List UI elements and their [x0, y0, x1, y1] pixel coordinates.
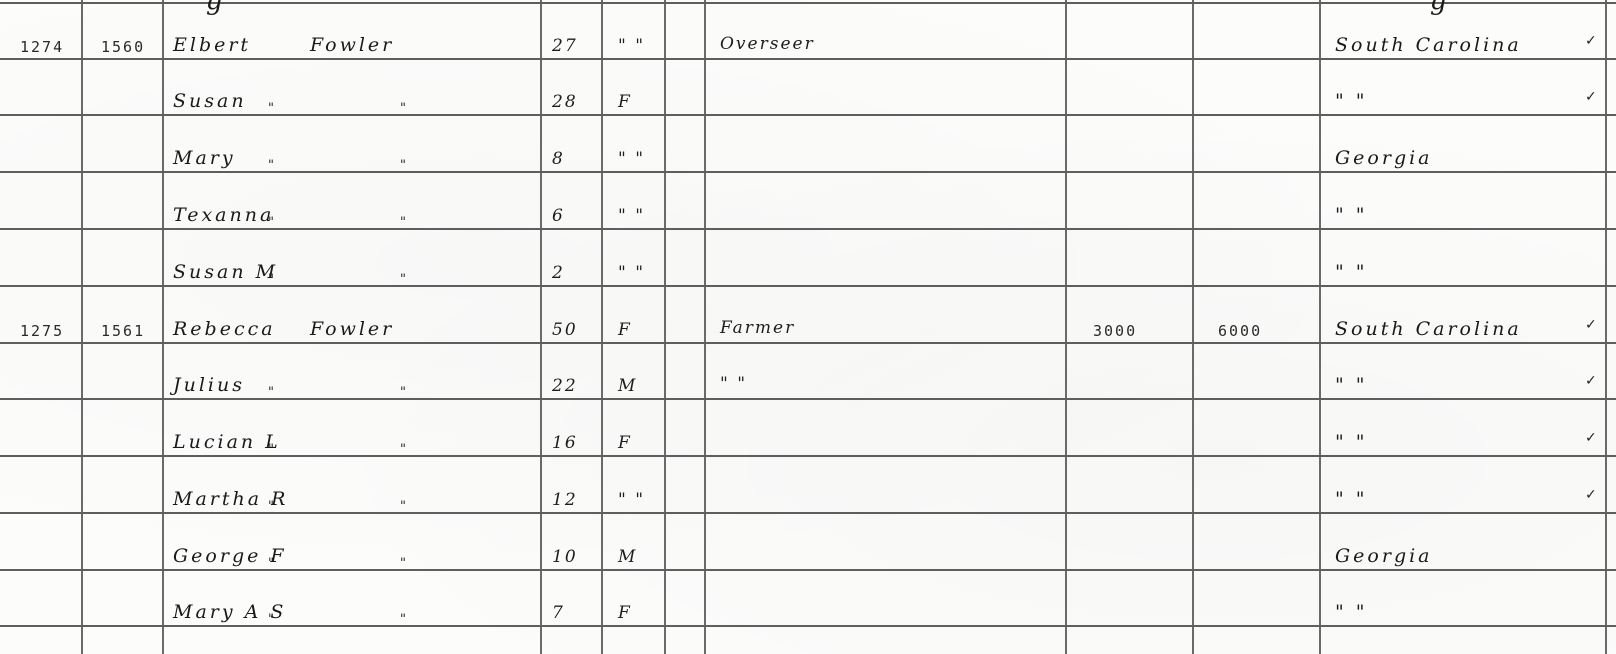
sex-value: F [618, 435, 632, 452]
row-rule [0, 569, 1616, 571]
age-value: 8 [552, 151, 565, 168]
row-rule [0, 398, 1616, 400]
column-rule [664, 0, 666, 654]
family-number: 1560 [101, 40, 145, 55]
row-rule [0, 228, 1616, 230]
row-rule [0, 114, 1616, 116]
ditto-mark: " [268, 102, 274, 115]
birthplace-value: South Carolina [1335, 320, 1522, 339]
sex-value: F [618, 605, 632, 622]
birthplace-value: " " [1335, 92, 1368, 111]
age-value: 10 [552, 549, 578, 566]
dwelling-number: 1275 [20, 324, 64, 339]
age-value: 28 [552, 94, 578, 111]
column-rule [1065, 0, 1067, 654]
sex-value: F [618, 94, 632, 111]
ditto-mark: " [268, 273, 274, 286]
column-rule [1192, 0, 1194, 654]
census-page-scan: 12741560ElbertFowler27" "OverseerSouth C… [0, 0, 1616, 654]
row-rule [0, 58, 1616, 60]
verification-check-icon: ✓ [1585, 488, 1597, 502]
person-given-name: Texanna [173, 206, 274, 225]
family-number: 1561 [101, 324, 145, 339]
ditto-mark: " [268, 386, 274, 399]
ditto-mark: " [400, 557, 406, 570]
row-rule [0, 2, 1616, 4]
sex-value: " " [618, 151, 645, 168]
ditto-mark: " [400, 613, 406, 626]
ditto-mark: " [400, 273, 406, 286]
sex-value: " " [618, 265, 645, 282]
age-value: 50 [552, 322, 578, 339]
verification-check-icon: ✓ [1585, 90, 1597, 104]
descender-top-name: g [206, 0, 223, 16]
sex-value: F [618, 322, 632, 339]
birthplace-value: " " [1335, 603, 1368, 622]
birthplace-value: " " [1335, 490, 1368, 509]
row-rule [0, 625, 1616, 627]
occupation-value: Overseer [720, 36, 815, 53]
column-rule [704, 0, 706, 654]
birthplace-value: Georgia [1335, 547, 1433, 566]
verification-check-icon: ✓ [1585, 431, 1597, 445]
verification-check-icon: ✓ [1585, 374, 1597, 388]
sex-value: M [618, 549, 637, 566]
column-rule [1605, 0, 1607, 654]
ditto-mark: " [400, 216, 406, 229]
birthplace-value: " " [1335, 206, 1368, 225]
sex-value: " " [618, 38, 645, 55]
column-rule [601, 0, 603, 654]
verification-check-icon: ✓ [1585, 318, 1597, 332]
ditto-mark: " [268, 557, 274, 570]
person-given-name: Elbert [173, 36, 251, 55]
person-given-name: Lucian L [173, 433, 281, 452]
ditto-mark: " [400, 443, 406, 456]
column-rule [81, 0, 83, 654]
ditto-mark: " [268, 500, 274, 513]
person-given-name: Susan [173, 92, 247, 111]
person-given-name: Julius [173, 376, 245, 395]
ditto-mark: " [268, 613, 274, 626]
person-surname: Fowler [310, 320, 394, 339]
column-rule [540, 0, 542, 654]
person-given-name: Susan M [173, 263, 278, 282]
age-value: 12 [552, 492, 578, 509]
person-surname: Fowler [310, 36, 394, 55]
row-rule [0, 285, 1616, 287]
occupation-value: " " [720, 376, 747, 393]
birthplace-value: " " [1335, 433, 1368, 452]
row-rule [0, 455, 1616, 457]
age-value: 22 [552, 378, 578, 395]
age-value: 27 [552, 38, 578, 55]
dwelling-number: 1274 [20, 40, 64, 55]
person-given-name: Mary [173, 149, 236, 168]
verification-check-icon: ✓ [1585, 34, 1597, 48]
age-value: 16 [552, 435, 578, 452]
column-rule [1319, 0, 1321, 654]
sex-value: M [618, 378, 637, 395]
birthplace-value: " " [1335, 263, 1368, 282]
ditto-mark: " [400, 159, 406, 172]
birthplace-value: " " [1335, 376, 1368, 395]
birthplace-value: South Carolina [1335, 36, 1522, 55]
ditto-mark: " [268, 159, 274, 172]
row-rule [0, 512, 1616, 514]
row-rule [0, 171, 1616, 173]
sex-value: " " [618, 492, 645, 509]
descender-top-birthplace: g [1430, 0, 1447, 16]
row-rule [0, 342, 1616, 344]
ditto-mark: " [268, 443, 274, 456]
real-estate-value: 3000 [1093, 324, 1137, 339]
person-given-name: Rebecca [173, 320, 276, 339]
ditto-mark: " [400, 102, 406, 115]
occupation-value: Farmer [720, 320, 795, 337]
ditto-mark: " [400, 500, 406, 513]
age-value: 6 [552, 208, 565, 225]
sex-value: " " [618, 208, 645, 225]
personal-estate-value: 6000 [1218, 324, 1262, 339]
age-value: 2 [552, 265, 565, 282]
column-rule [162, 0, 164, 654]
age-value: 7 [552, 605, 565, 622]
birthplace-value: Georgia [1335, 149, 1433, 168]
ditto-mark: " [400, 386, 406, 399]
ditto-mark: " [268, 216, 274, 229]
